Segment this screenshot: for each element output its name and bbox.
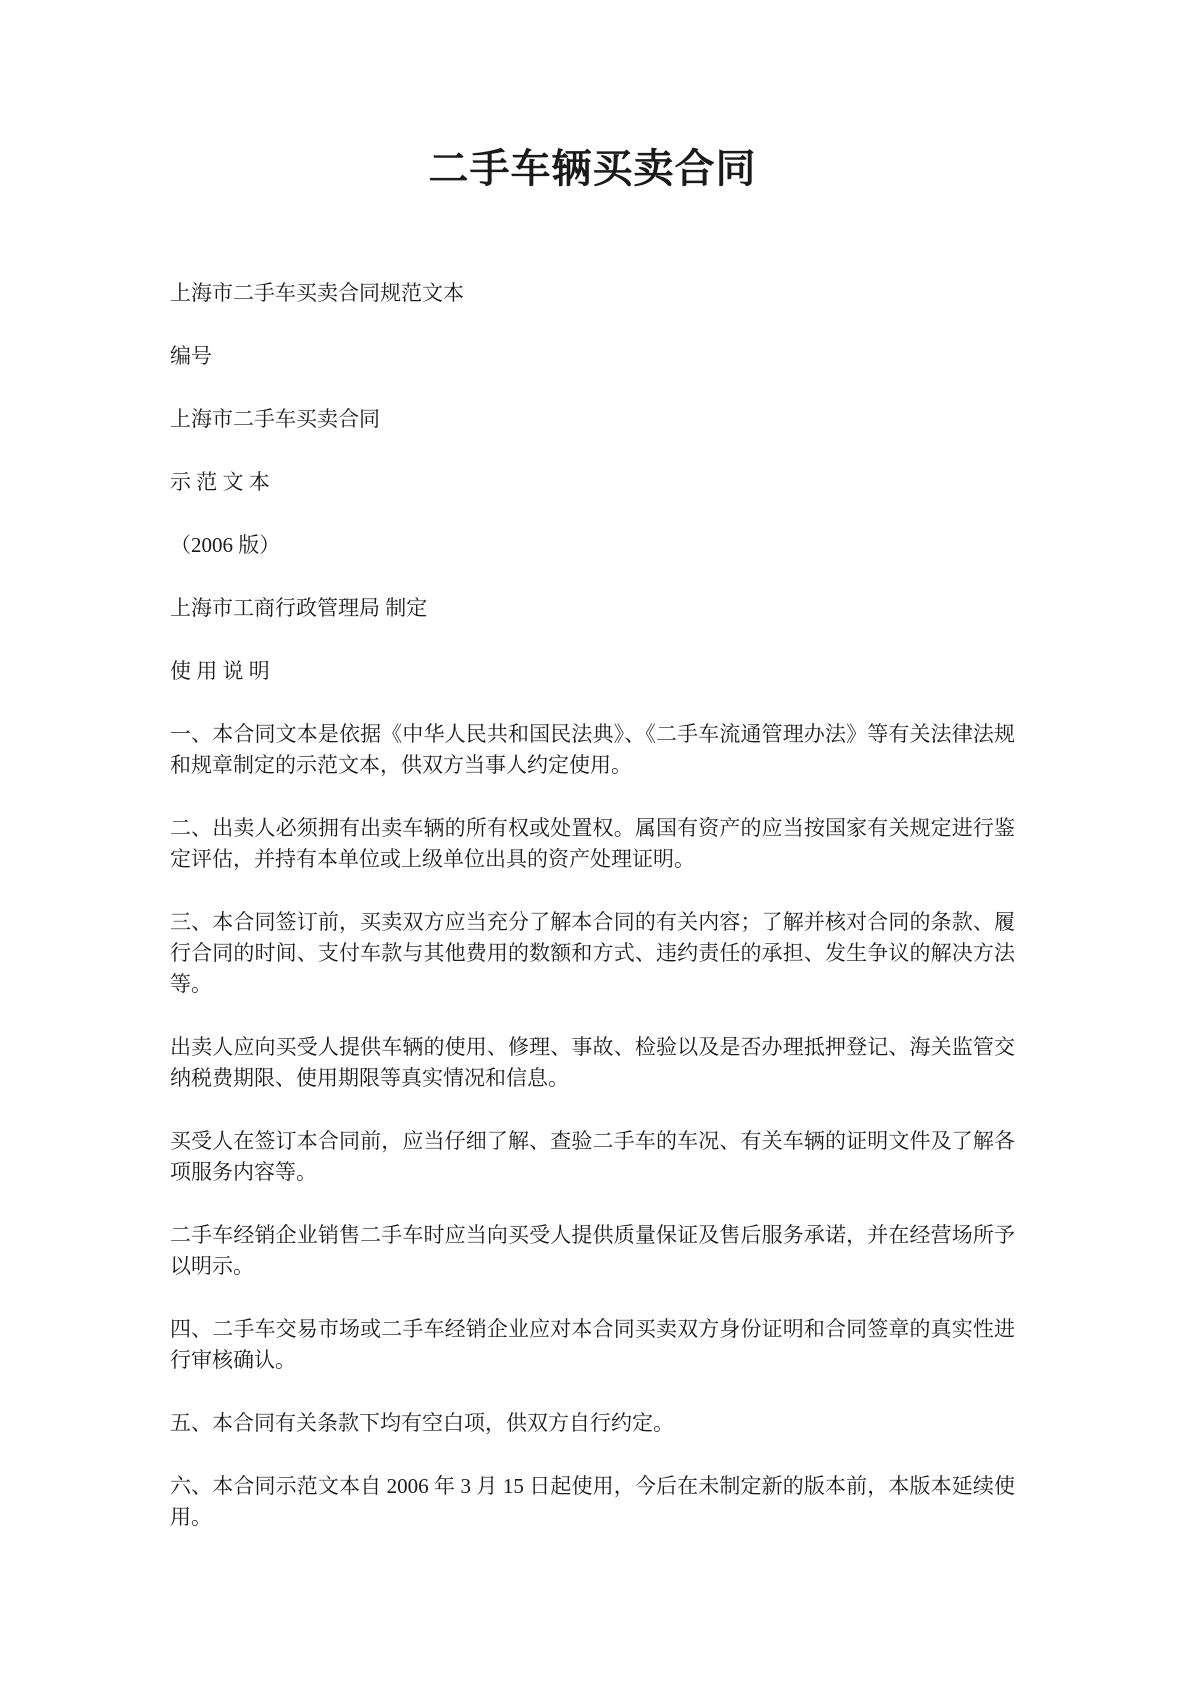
instruction-item-3: 三、本合同签订前，买卖双方应当充分了解本合同的有关内容；了解并核对合同的条款、履… — [170, 907, 1015, 1000]
instruction-item-5: 五、本合同有关条款下均有空白项，供双方自行约定。 — [170, 1408, 1015, 1439]
serial-number-label: 编号 — [170, 341, 1015, 372]
document-subtitle: 上海市二手车买卖合同规范文本 — [170, 278, 1015, 309]
instruction-item-3a-seller-disclosure: 出卖人应向买受人提供车辆的使用、修理、事故、检验以及是否办理抵押登记、海关监管交… — [170, 1032, 1015, 1094]
usage-instructions-heading: 使 用 说 明 — [170, 656, 1015, 687]
model-text-label: 示 范 文 本 — [170, 467, 1015, 498]
contract-name: 上海市二手车买卖合同 — [170, 404, 1015, 435]
instruction-item-2: 二、出卖人必须拥有出卖车辆的所有权或处置权。属国有资产的应当按国家有关规定进行鉴… — [170, 813, 1015, 875]
instruction-item-3c-dealer-warranty: 二手车经销企业销售二手车时应当向买受人提供质量保证及售后服务承诺，并在经营场所予… — [170, 1220, 1015, 1282]
instruction-item-1: 一、本合同文本是依据《中华人民共和国民法典》、《二手车流通管理办法》等有关法律法… — [170, 719, 1015, 781]
instruction-item-4: 四、二手车交易市场或二手车经销企业应对本合同买卖双方身份证明和合同签章的真实性进… — [170, 1314, 1015, 1376]
instruction-item-6: 六、本合同示范文本自 2006 年 3 月 15 日起使用，今后在未制定新的版本… — [170, 1471, 1015, 1533]
instruction-item-3b-buyer-inspection: 买受人在签订本合同前，应当仔细了解、查验二手车的车况、有关车辆的证明文件及了解各… — [170, 1126, 1015, 1188]
version-label: （2006 版） — [170, 530, 1015, 561]
document-page: 二手车辆买卖合同 上海市二手车买卖合同规范文本 编号 上海市二手车买卖合同 示 … — [0, 0, 1190, 1683]
issuer-line: 上海市工商行政管理局 制定 — [170, 593, 1015, 624]
document-title: 二手车辆买卖合同 — [170, 140, 1015, 198]
